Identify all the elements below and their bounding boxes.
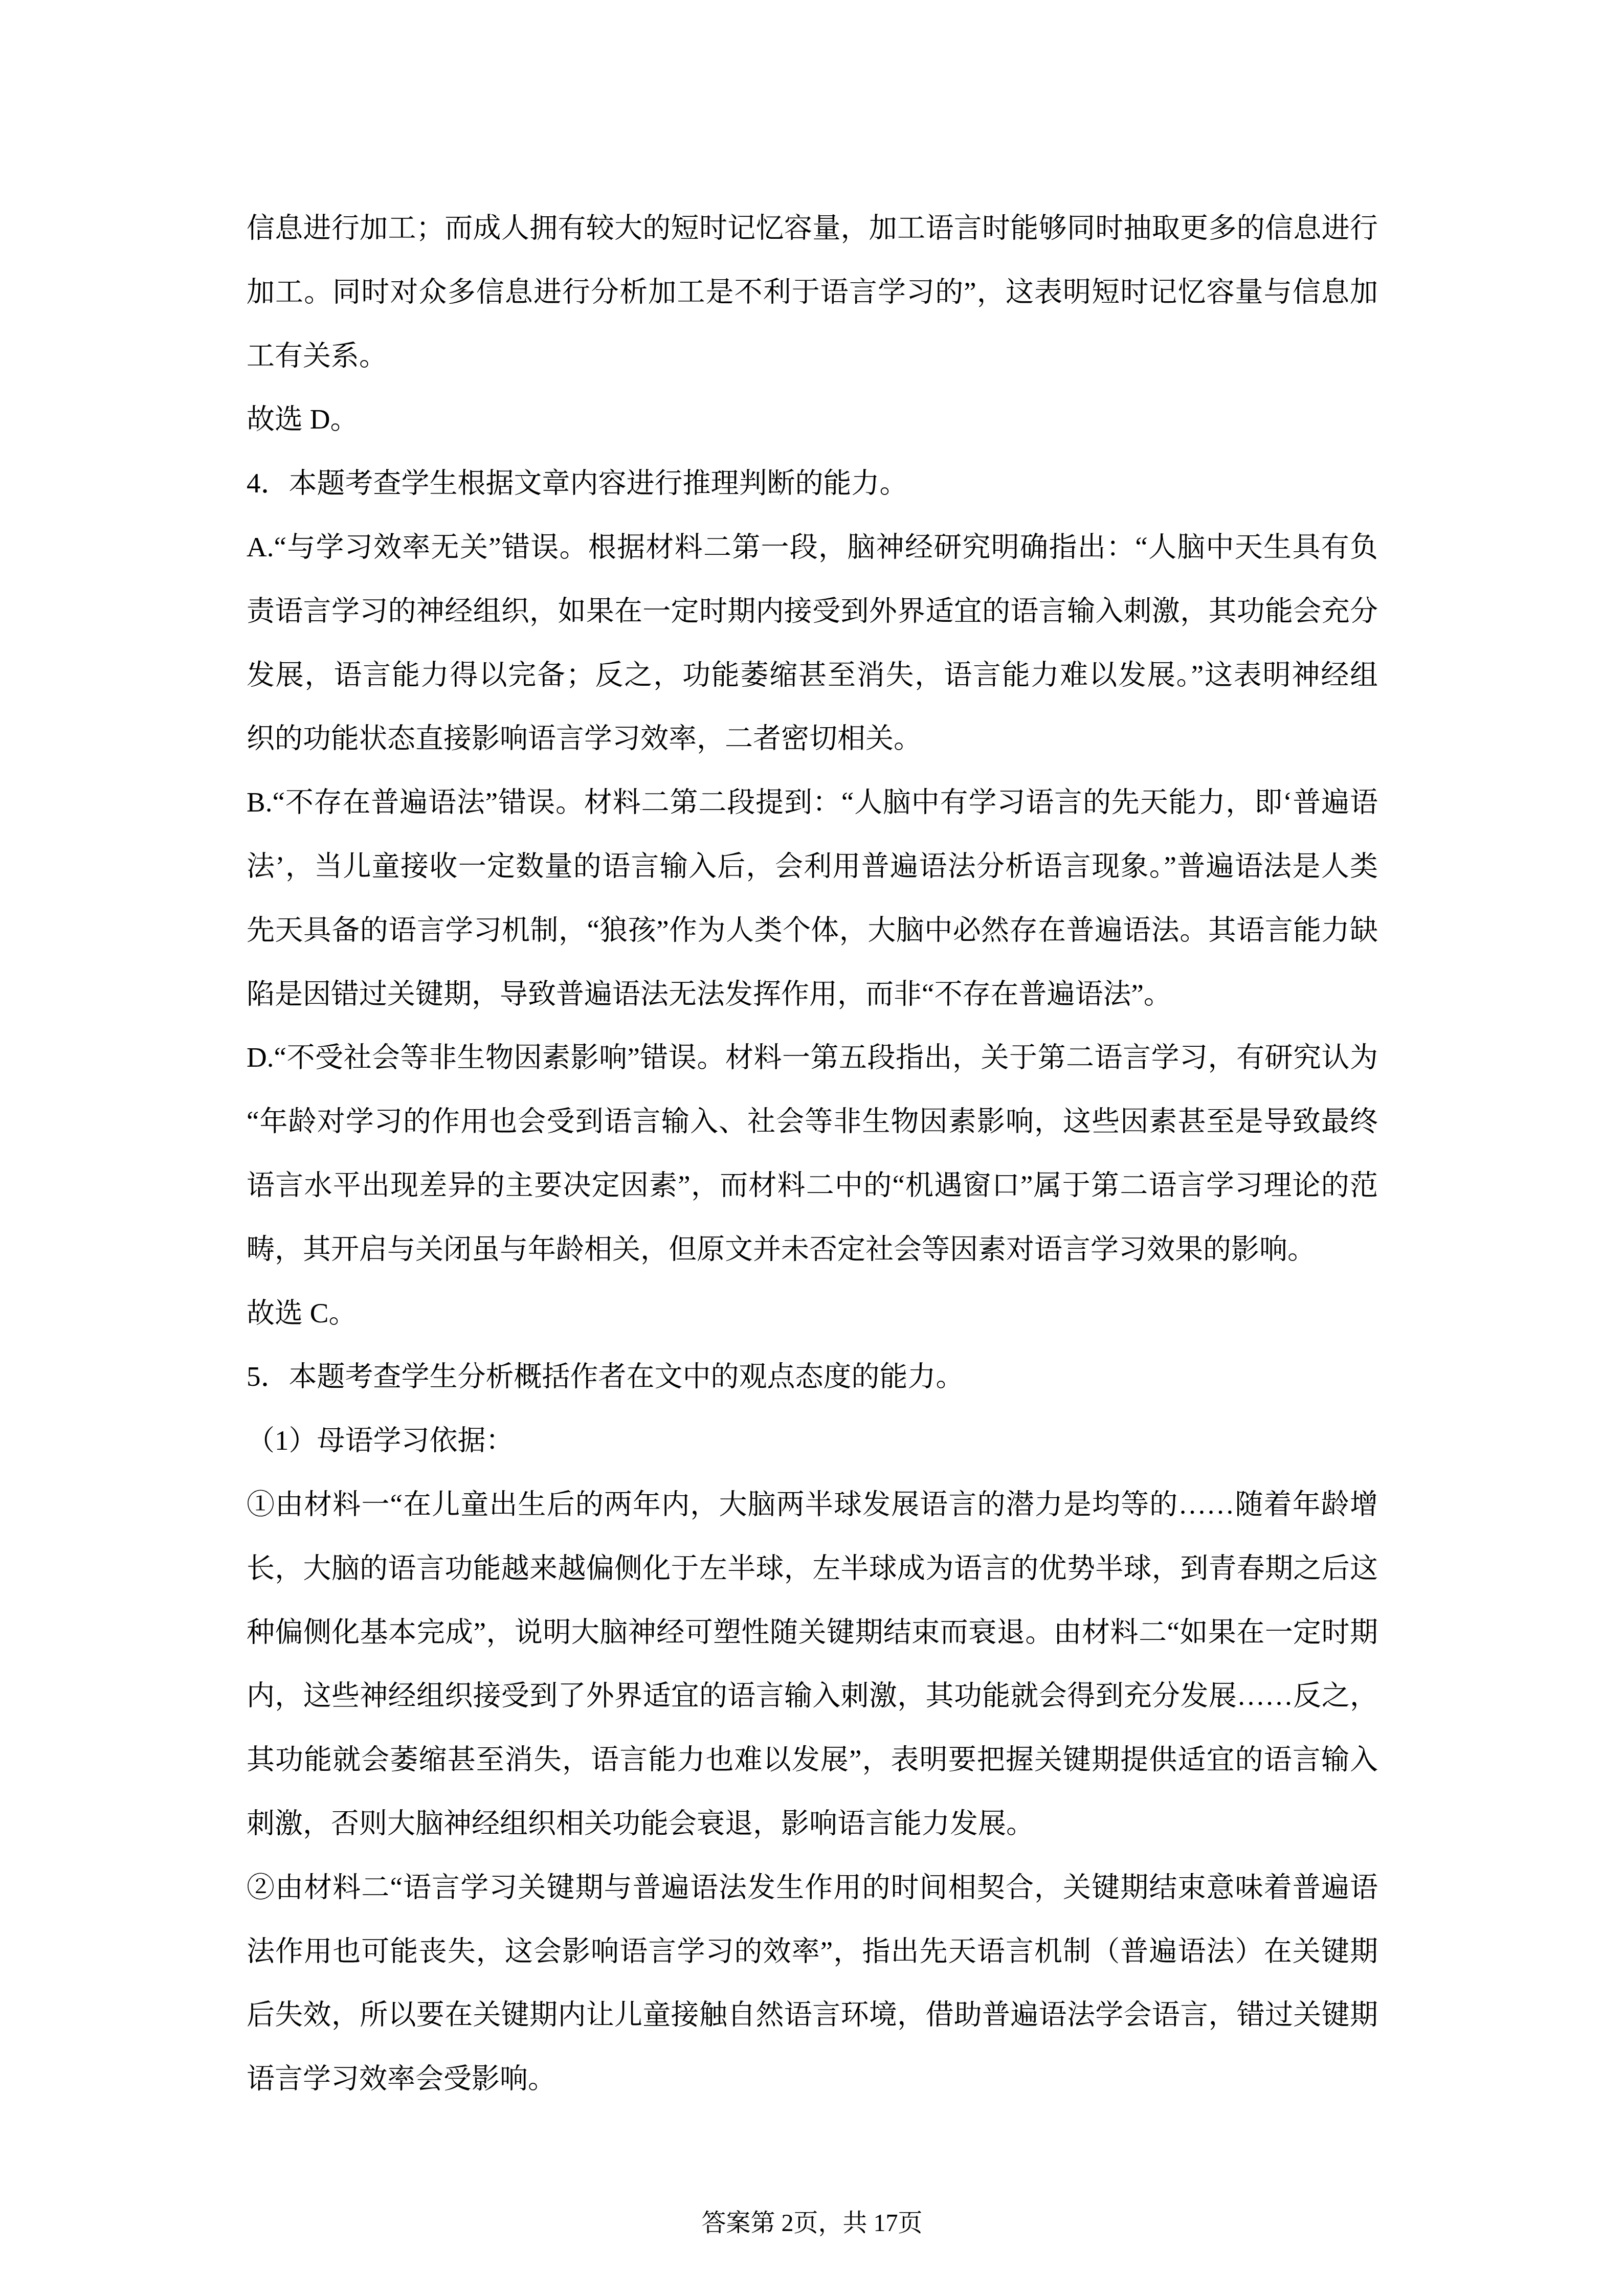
text-line: 陷是因错过关键期，导致普遍语法无法发挥作用，而非“不存在普遍语法”。 bbox=[247, 970, 1378, 1033]
text-line: 织的功能状态直接影响语言学习效率，二者密切相关。 bbox=[247, 714, 1378, 778]
text-line: 后失效，所以要在关键期内让儿童接触自然语言环境，借助普遍语法学会语言，错过关键期 bbox=[247, 1990, 1378, 2054]
text-line: 工有关系。 bbox=[247, 331, 1378, 395]
page-footer: 答案第 2页，共 17页 bbox=[0, 2199, 1624, 2248]
option-b-analysis: B.“不存在普遍语法”错误。材料二第二段提到：“人脑中有学习语言的先天能力，即‘… bbox=[247, 778, 1378, 842]
text-line: 内，这些神经组织接受到了外界适宜的语言输入刺激，其功能就会得到充分发展……反之， bbox=[247, 1671, 1378, 1735]
text-line: 种偏侧化基本完成”，说明大脑神经可塑性随关键期结束而衰退。由材料二“如果在一定时… bbox=[247, 1608, 1378, 1672]
option-a-analysis: A.“与学习效率无关”错误。根据材料二第一段，脑神经研究明确指出：“人脑中天生具… bbox=[247, 523, 1378, 587]
text-line: 法作用也可能丧失，这会影响语言学习的效率”，指出先天语言机制（普遍语法）在关键期 bbox=[247, 1927, 1378, 1991]
text-line: 刺激，否则大脑神经组织相关功能会衰退，影响语言能力发展。 bbox=[247, 1799, 1378, 1863]
text-line: 畴，其开启与关闭虽与年龄相关，但原文并未否定社会等因素对语言学习效果的影响。 bbox=[247, 1225, 1378, 1289]
text-line: 信息进行加工；而成人拥有较大的短时记忆容量，加工语言时能够同时抽取更多的信息进行 bbox=[247, 204, 1378, 267]
document-page: 信息进行加工；而成人拥有较大的短时记忆容量，加工语言时能够同时抽取更多的信息进行… bbox=[0, 0, 1624, 2296]
subsection-heading: （1）母语学习依据： bbox=[247, 1416, 1378, 1480]
text-line: 责语言学习的神经组织，如果在一定时期内接受到外界适宜的语言输入刺激，其功能会充分 bbox=[247, 587, 1378, 650]
text-line: 加工。同时对众多信息进行分析加工是不利于语言学习的”，这表明短时记忆容量与信息加 bbox=[247, 267, 1378, 331]
point-1-text: ①由材料一“在儿童出生后的两年内，大脑两半球发展语言的潜力是均等的……随着年龄增 bbox=[247, 1480, 1378, 1544]
text-line: 其功能就会萎缩甚至消失，语言能力也难以发展”，表明要把握关键期提供适宜的语言输入 bbox=[247, 1735, 1378, 1799]
answer-choice-line: 故选 C。 bbox=[247, 1289, 1378, 1353]
answer-body: 信息进行加工；而成人拥有较大的短时记忆容量，加工语言时能够同时抽取更多的信息进行… bbox=[247, 204, 1378, 2118]
text-line: “年龄对学习的作用也会受到语言输入、社会等非生物因素影响，这些因素甚至是导致最终 bbox=[247, 1097, 1378, 1161]
text-line: 法’，当儿童接收一定数量的语言输入后，会利用普遍语法分析语言现象。”普遍语法是人… bbox=[247, 842, 1378, 906]
text-line: 先天具备的语言学习机制，“狼孩”作为人类个体，大脑中必然存在普遍语法。其语言能力… bbox=[247, 906, 1378, 970]
answer-choice-line: 故选 D。 bbox=[247, 395, 1378, 459]
text-line: 语言学习效率会受影响。 bbox=[247, 2054, 1378, 2118]
question-heading: 4．本题考查学生根据文章内容进行推理判断的能力。 bbox=[247, 459, 1378, 523]
page-number-label: 答案第 2页，共 17页 bbox=[701, 2210, 922, 2237]
text-line: 发展，语言能力得以完备；反之，功能萎缩甚至消失，语言能力难以发展。”这表明神经组 bbox=[247, 650, 1378, 714]
text-line: 语言水平出现差异的主要决定因素”，而材料二中的“机遇窗口”属于第二语言学习理论的… bbox=[247, 1161, 1378, 1225]
text-line: 长，大脑的语言功能越来越偏侧化于左半球，左半球成为语言的优势半球，到青春期之后这 bbox=[247, 1544, 1378, 1608]
question-heading: 5．本题考查学生分析概括作者在文中的观点态度的能力。 bbox=[247, 1352, 1378, 1416]
option-d-analysis: D.“不受社会等非生物因素影响”错误。材料一第五段指出，关于第二语言学习，有研究… bbox=[247, 1033, 1378, 1097]
point-2-text: ②由材料二“语言学习关键期与普遍语法发生作用的时间相契合，关键期结束意味着普遍语 bbox=[247, 1863, 1378, 1927]
